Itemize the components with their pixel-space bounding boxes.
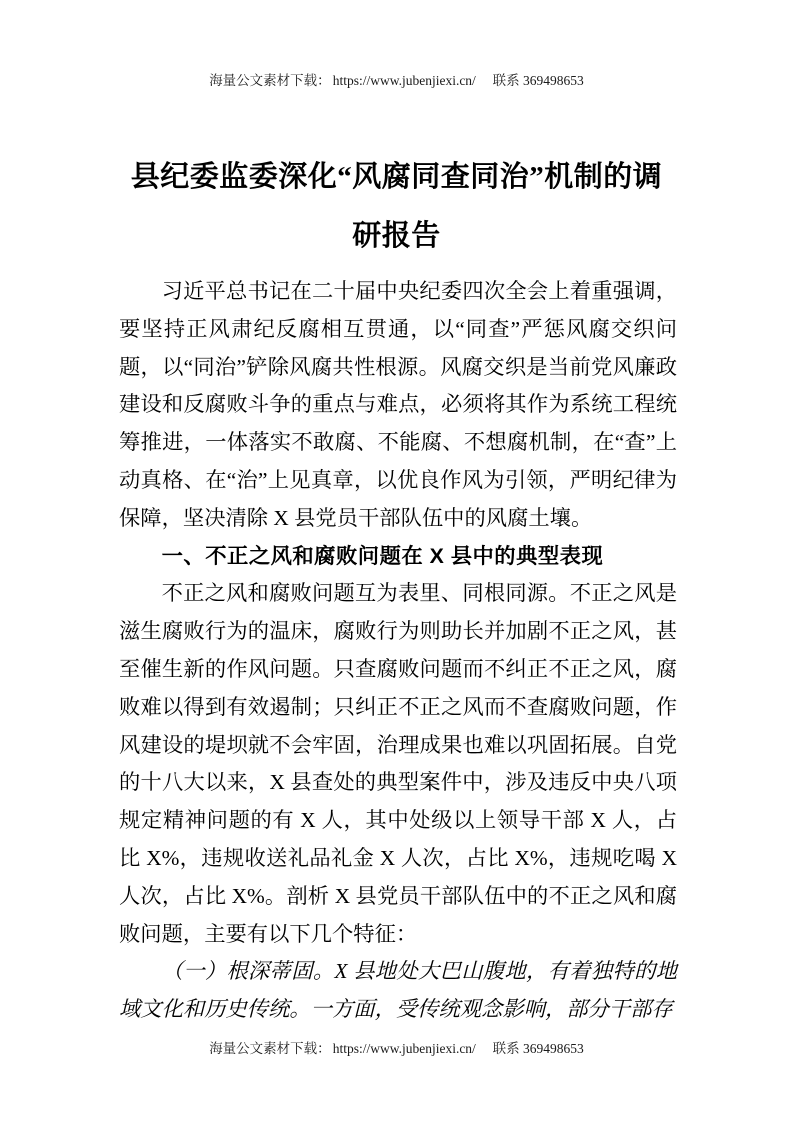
section-heading-1: 一、不正之风和腐败问题在 X 县中的典型表现 bbox=[119, 538, 677, 576]
document-title: 县纪委监委深化“风腐同查同治”机制的调 研报告 bbox=[50, 148, 743, 266]
footer-url-text: https://www.jubenjiexi.cn/ bbox=[333, 1041, 476, 1056]
page-footer: 海量公文素材下载：https://www.jubenjiexi.cn/联系 36… bbox=[0, 1039, 793, 1059]
footer-source-label: 海量公文素材下载： bbox=[209, 1041, 331, 1056]
footer-contact-text: 联系 369498653 bbox=[493, 1041, 584, 1056]
header-url-text: https://www.jubenjiexi.cn/ bbox=[333, 73, 476, 88]
document-body: 习近平总书记在二十届中央纪委四次全会上着重强调，要坚持正风肃纪反腐相互贯通，以“… bbox=[119, 273, 677, 1029]
document-title-line2: 研报告 bbox=[50, 207, 743, 266]
header-contact-text: 联系 369498653 bbox=[493, 73, 584, 88]
paragraph-section1-body: 不正之风和腐败问题互为表里、同根同源。不正之风是滋生腐败行为的温床，腐败行为则助… bbox=[119, 575, 677, 953]
document-page: 海量公文素材下载：https://www.jubenjiexi.cn/联系 36… bbox=[0, 0, 793, 1122]
header-source-label: 海量公文素材下载： bbox=[209, 73, 331, 88]
page-header: 海量公文素材下载：https://www.jubenjiexi.cn/联系 36… bbox=[0, 71, 793, 91]
paragraph-item-1: （一）根深蒂固。X 县地处大巴山腹地，有着独特的地域文化和历史传统。一方面，受传… bbox=[119, 953, 677, 1029]
paragraph-intro: 习近平总书记在二十届中央纪委四次全会上着重强调，要坚持正风肃纪反腐相互贯通，以“… bbox=[119, 273, 677, 538]
document-title-line1: 县纪委监委深化“风腐同查同治”机制的调 bbox=[50, 148, 743, 207]
